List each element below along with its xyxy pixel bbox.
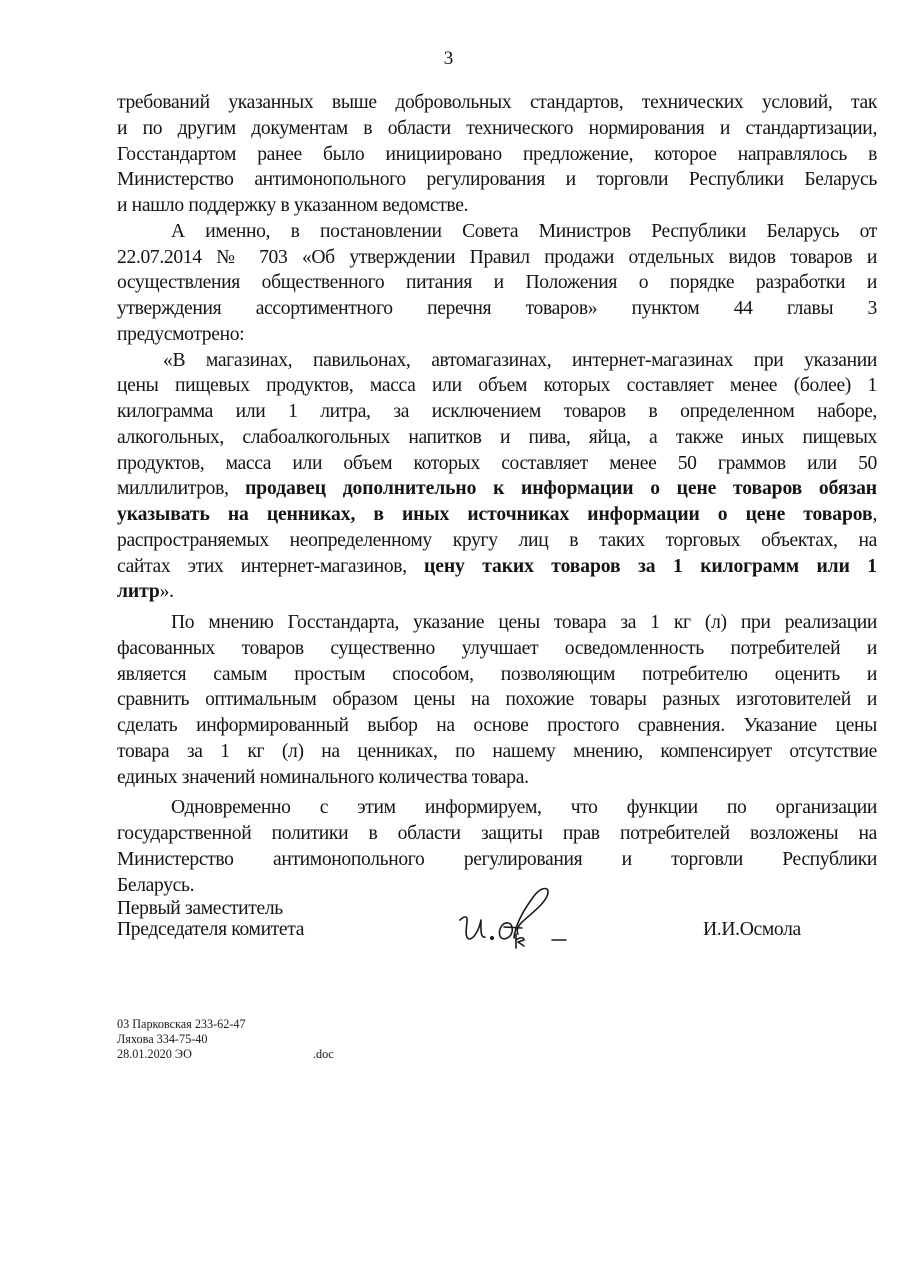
bold-text-segment: цену таких товаров за 1 килограмм или 1: [424, 556, 877, 577]
text-line: фасованных товаров существенно улучшает …: [117, 636, 877, 662]
contact-line: 03 Парковская 233-62-47: [117, 1017, 246, 1032]
date-line: 28.01.2020 ЭО: [117, 1047, 246, 1062]
text-line: единых значений номинального количества …: [117, 765, 877, 791]
signature-block: Первый заместитель Председателя комитета…: [117, 898, 877, 958]
text-line: продуктов, масса или объем которых соста…: [117, 451, 877, 477]
text-line: алкогольных, слабоалкогольных напитков и…: [117, 425, 877, 451]
text-line-mixed: миллилитров, продавец дополнительно к ин…: [117, 476, 877, 502]
text-line: сравнить оптимальным образом цены на пох…: [117, 687, 877, 713]
text-line: 22.07.2014 № 703 «Об утверждении Правил …: [117, 245, 877, 271]
handwritten-signature-icon: [452, 882, 592, 952]
paragraph-continuation: требований указанных выше добровольных с…: [117, 90, 877, 219]
text-line-mixed: сайтах этих интернет-магазинов, цену так…: [117, 554, 877, 580]
signatory-name: И.И.Осмола: [703, 919, 801, 940]
text-segment: ».: [160, 581, 174, 602]
text-line: «В магазинах, павильонах, автомагазинах,…: [117, 348, 877, 374]
executor-contacts: 03 Парковская 233-62-47 Ляхова 334-75-40…: [117, 1017, 246, 1062]
text-line: государственной политики в области защит…: [117, 821, 877, 847]
text-line-mixed: литр».: [117, 579, 877, 605]
signatory-title: Первый заместитель Председателя комитета: [117, 898, 304, 940]
text-line: является самым простым способом, позволя…: [117, 662, 877, 688]
file-extension: .doc: [313, 1047, 334, 1062]
text-line: утверждения ассортиментного перечня това…: [117, 296, 877, 322]
page-number: 3: [0, 48, 897, 70]
text-line: осуществления общественного питания и По…: [117, 270, 877, 296]
text-line: Госстандартом ранее было инициировано пр…: [117, 142, 877, 168]
text-segment: ,: [872, 504, 877, 525]
text-line: предусмотрено:: [117, 322, 877, 348]
text-line: цены пищевых продуктов, масса или объем …: [117, 373, 877, 399]
text-line: Министерство антимонопольного регулирова…: [117, 167, 877, 193]
text-line: сделать информированный выбор на основе …: [117, 713, 877, 739]
bold-text-segment: литр: [117, 581, 160, 602]
paragraph-resolution-reference: А именно, в постановлении Совета Министр…: [117, 219, 877, 348]
contact-line: Ляхова 334-75-40: [117, 1032, 246, 1047]
text-segment: миллилитров,: [117, 478, 245, 499]
bold-text-segment: указывать на ценниках, в иных источниках…: [117, 504, 872, 525]
text-line-mixed: указывать на ценниках, в иных источниках…: [117, 502, 877, 528]
text-line: требований указанных выше добровольных с…: [117, 90, 877, 116]
text-line: По мнению Госстандарта, указание цены то…: [117, 610, 877, 636]
bold-text-segment: продавец дополнительно к информации о це…: [245, 478, 877, 499]
quoted-regulation: «В магазинах, павильонах, автомагазинах,…: [117, 348, 877, 606]
paragraph-gosstandart-opinion: По мнению Госстандарта, указание цены то…: [117, 610, 877, 790]
signatory-title-line: Председателя комитета: [117, 919, 304, 940]
letter-body: требований указанных выше добровольных с…: [117, 90, 877, 898]
text-line: и по другим документам в области техниче…: [117, 116, 877, 142]
text-line: Министерство антимонопольного регулирова…: [117, 847, 877, 873]
text-line: А именно, в постановлении Совета Министр…: [117, 219, 877, 245]
text-line: Одновременно с этим информируем, что фун…: [117, 795, 877, 821]
text-line: и нашло поддержку в указанном ведомстве.: [117, 193, 877, 219]
text-segment: сайтах этих интернет-магазинов,: [117, 556, 424, 577]
text-line: килограмма или 1 литра, за исключением т…: [117, 399, 877, 425]
signatory-title-line: Первый заместитель: [117, 898, 304, 919]
text-line: товара за 1 кг (л) на ценниках, по нашем…: [117, 739, 877, 765]
text-line: распространяемых неопределенному кругу л…: [117, 528, 877, 554]
